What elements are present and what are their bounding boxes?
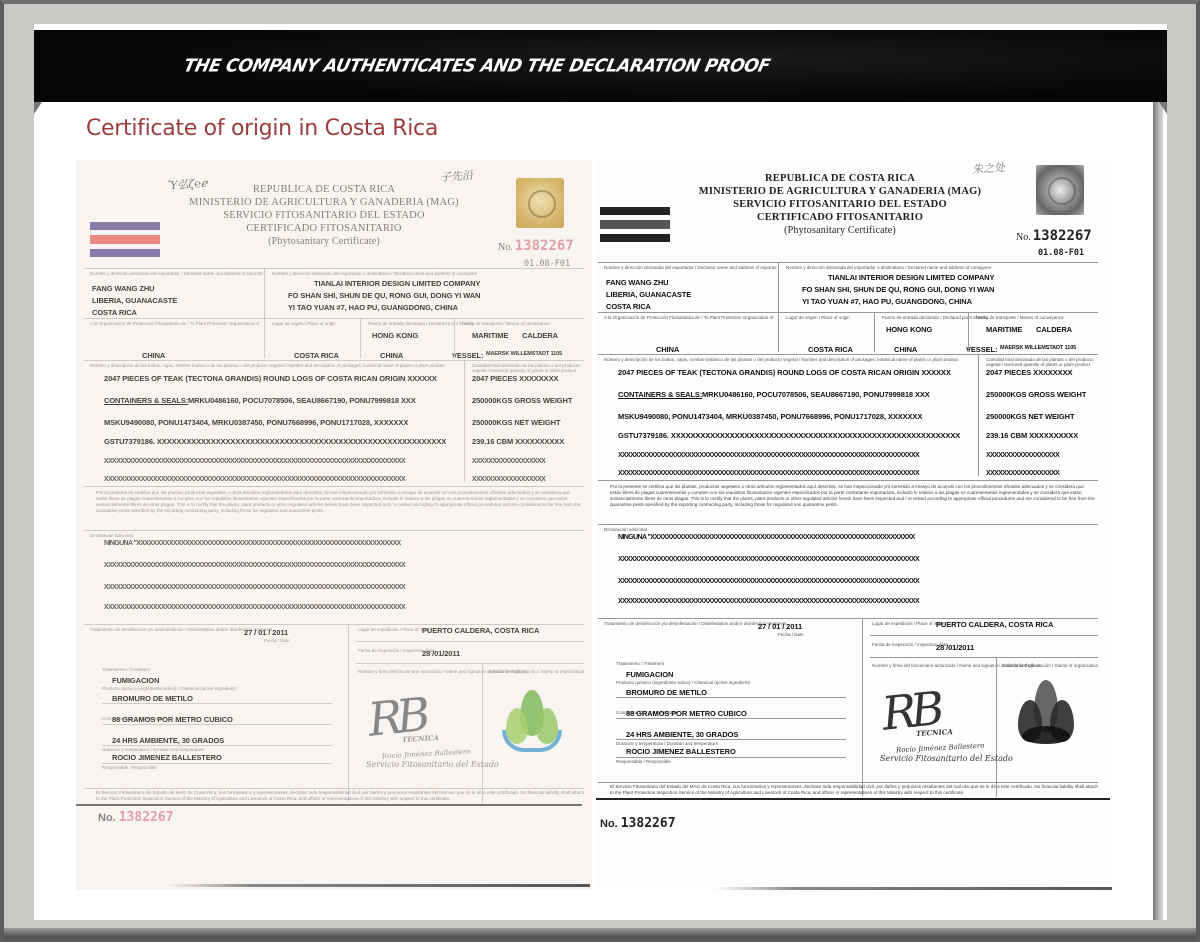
quantity-line: 250000KGS NET WEIGHT [472,418,584,427]
vessel-label: VESSEL: [966,345,997,354]
consignee-name: TIANLAI INTERIOR DESIGN LIMITED COMPANY [828,273,994,282]
signature-caption: TECNICA [402,733,439,744]
rule-line [356,663,584,664]
rule-line [862,618,863,796]
additional-declaration-line: XXXXXXXXXXXXXXXXXXXXXXXXXXXXXXXXXXXXXXXX… [618,578,1074,585]
coat-of-arms-stamp-icon [1036,165,1084,215]
description-line: MSKU9490080, PONU1473404, MRKU0387450, P… [618,412,922,421]
field-label-chemical: Producto químico (ingrediente activo) / … [102,686,236,691]
form-code: 01.08-F01 [1038,248,1084,258]
transport-mode: MARITIME [472,331,508,340]
consignee-address: YI TAO YUAN #7, HAO PU, GUANGDONG, CHINA [288,303,458,312]
quantity-line: 239.16 CBM XXXXXXXXXX [472,437,584,446]
quantity-line: 2047 PIECES XXXXXXXX [986,368,1098,377]
rule-line [264,318,265,358]
disclaimer-text: El Servicio Fitosanitario del Estado del… [96,790,584,804]
consignee-address: YI TAO YUAN #7, HAO PU, GUANGDONG, CHINA [802,297,972,306]
description-line: GSTU7379186. XXXXXXXXXXXXXXXXXXXXXXXXXXX… [104,437,462,446]
field-label-stamp: Sello de la Organización / Stamp of orga… [1002,663,1098,668]
consignee-address: FO SHAN SHI, SHUN DE QU, RONG GUI, DONG … [802,285,994,294]
additional-declaration-line: XXXXXXXXXXXXXXXXXXXXXXXXXXXXXXXXXXXXXXXX… [618,598,1074,605]
place-of-issue: PUERTO CALDERA, COSTA RICA [422,626,539,635]
quantity-line: 239.16 CBM XXXXXXXXXX [986,431,1098,440]
treatment: FUMIGACION [626,670,673,679]
rule-line [102,745,332,746]
number-label: No. [98,812,116,824]
rule-line [454,318,455,358]
costa-rica-flag-icon [600,207,670,247]
rule-line [616,697,846,698]
rule-line [102,724,332,725]
place-of-origin: COSTA RICA [294,351,339,360]
rule-line [778,262,779,312]
rule-line [348,624,349,802]
description-line: XXXXXXXXXXXXXXXXXXXXXXXXXXXXXXXXXXXXXXXX… [618,470,976,477]
port-of-exit: CALDERA [522,331,558,340]
field-label-chemical: Producto químico (ingrediente activo) / … [616,680,750,685]
consignee-address: FO SHAN SHI, SHUN DE QU, RONG GUI, DONG … [288,291,480,300]
additional-declaration-line: XXXXXXXXXXXXXXXXXXXXXXXXXXXXXXXXXXXXXXXX… [104,584,560,591]
description-line: MRKU0486160, POCU7078506, SEAU8667190, P… [702,390,930,399]
quantity-line: XXXXXXXXXXXXXXXXXX [472,476,584,483]
treatment-date: 27 / 01 / 2011 [758,622,802,631]
rule-line [978,354,979,476]
rule-line [84,624,584,625]
sheet-edge-shadow [716,887,1112,890]
bottom-rule [596,798,1110,800]
banner-fold [1159,102,1167,114]
rule-line [616,739,846,740]
quantity-line: XXXXXXXXXXXXXXXXXX [472,458,584,465]
number-value: 1382267 [119,810,174,825]
card-shadow [1153,100,1163,920]
field-label-description: Número y descripción de los bultos, caja… [604,357,974,362]
coat-of-arms-stamp-icon [516,178,564,228]
certificate-number-bottom: No.1382267 [98,810,174,825]
field-label-treatment-type: Tratamiento / Treatment [616,661,664,666]
description-line: MRKU0486160, POCU7078506, SEAU8667190, P… [188,396,416,405]
port-of-exit: CALDERA [1036,325,1072,334]
rule-line [84,318,584,319]
rule-line [84,530,584,531]
rule-line [870,657,1098,658]
seal-leaf-shape [1022,726,1070,744]
treatment: FUMIGACION [112,676,159,685]
field-label-quantity: Cantidad total declarada de las plantas … [472,363,584,373]
rule-line [84,268,584,269]
rule-line [874,312,875,352]
rule-line [598,354,1098,355]
certificate-number: No.1382267 [498,238,574,254]
bottom-rule [76,804,582,806]
exporter-city: LIBERIA, GUANACASTE [606,290,691,299]
quantity-line: 250000KGS NET WEIGHT [986,412,1098,421]
certificate-number-bottom: No.1382267 [600,816,676,831]
field-label-place-of-issue: Lugar de expedición / Place of issue [358,627,430,632]
field-label-entry: Puerto de entrada declarado / Declared p… [882,315,988,320]
field-label-description: Número y descripción de los bultos, caja… [90,363,460,368]
duration: 24 HRS AMBIENTE, 30 GRADOS [626,730,738,739]
field-label-date: Fecha / Date [778,632,804,637]
inspection-date: 28 /01/2011 [936,643,974,652]
field-label-place-of-issue: Lugar de expedición / Place of issue [872,621,944,626]
officer-organization: Servicio Fitosanitario del Estado [366,760,499,769]
responsible-name: ROCIO JIMENEZ BALLESTERO [626,747,736,756]
field-label-responsible: Responsable / Responsible [102,765,157,770]
transport-mode: MARITIME [986,325,1022,334]
rule-line [616,757,846,758]
field-label-nppo: A la Organización de Protección Fitosani… [90,321,259,326]
rule-line [84,360,584,361]
quantity-line: 2047 PIECES XXXXXXXX [472,374,584,383]
inspection-date: 28 /01/2011 [422,649,460,658]
rule-line [84,486,584,487]
issuer-line: MINISTERIO DE AGRICULTURA Y GANADERIA (M… [76,196,582,209]
rule-line [264,268,265,318]
treatment-date: 27 / 01 / 2011 [244,628,288,637]
containers-label: CONTAINERS & SEALS: [104,396,188,405]
field-label-origin: Lugar de origen / Place of origin [272,321,336,326]
issuer-line: SERVICIO FITOSANITARIO DEL ESTADO [76,209,582,222]
rule-line [598,262,1098,263]
costa-rica-flag-icon [90,222,160,262]
description-line: XXXXXXXXXXXXXXXXXXXXXXXXXXXXXXXXXXXXXXXX… [104,458,462,465]
additional-declaration-line: NINGUNA "XXXXXXXXXXXXXXXXXXXXXXXXXXXXXXX… [618,534,1074,541]
number-label: No. [600,818,618,830]
rule-line [598,618,1098,619]
additional-declaration-line: XXXXXXXXXXXXXXXXXXXXXXXXXXXXXXXXXXXXXXXX… [618,556,1074,563]
chemical: BROMURO DE METILO [626,688,707,697]
entry-country: CHINA [894,345,917,354]
officer-name: Rocío Jiménez Ballestero [382,748,471,761]
rule-line [778,312,779,352]
additional-declaration-line: XXXXXXXXXXXXXXXXXXXXXXXXXXXXXXXXXXXXXXXX… [104,562,560,569]
field-label-duration: Duración y temperatura / Duration and te… [616,741,718,746]
organization-seal-icon [1016,680,1076,750]
vessel-label: VESSEL: [452,351,483,360]
nppo-country: CHINA [656,345,679,354]
description-line: MSKU9490080, PONU1473404, MRKU0387450, P… [104,418,408,427]
place-of-issue: PUERTO CALDERA, COSTA RICA [936,620,1053,629]
exporter-city: LIBERIA, GUANACASTE [92,296,177,305]
description-line: XXXXXXXXXXXXXXXXXXXXXXXXXXXXXXXXXXXXXXXX… [618,452,976,459]
issuer-line: SERVICIO FITOSANITARIO DEL ESTADO [596,198,1098,211]
point-of-entry: HONG KONG [372,331,418,340]
exporter-name: FANG WANG ZHU [92,284,154,293]
field-label-consignee: Nombre y dirección declarada del importa… [272,271,477,276]
description-line: 2047 PIECES OF TEAK (TECTONA GRANDIS) RO… [104,374,437,383]
field-label-date: Fecha / Date [264,638,290,643]
officer-organization: Servicio Fitosanitario del Estado [880,754,1013,763]
entry-country: CHINA [380,351,403,360]
rule-line [870,635,1098,636]
rule-line [84,788,584,789]
consignee-name: TIANLAI INTERIOR DESIGN LIMITED COMPANY [314,279,480,288]
rule-line [598,480,1098,481]
field-label-transport: Medio de transporte / Means of conveyanc… [462,321,550,326]
rule-line [598,312,1098,313]
rule-line [356,641,584,642]
description-line: 2047 PIECES OF TEAK (TECTONA GRANDIS) RO… [618,368,951,377]
rule-line [996,657,997,797]
description-line: XXXXXXXXXXXXXXXXXXXXXXXXXXXXXXXXXXXXXXXX… [104,476,462,483]
exporter-name: FANG WANG ZHU [606,278,668,287]
banner-fold [34,102,42,114]
sheet-edge-shadow [166,884,590,887]
vessel-name: MAERSK WILLEMSTADT 1105 [1000,345,1076,351]
field-label-entry: Puerto de entrada declarado / Declared p… [368,321,474,326]
description-line: GSTU7379186. XXXXXXXXXXXXXXXXXXXXXXXXXXX… [618,431,976,440]
field-label-quantity: Cantidad total declarada de las plantas … [986,357,1098,367]
field-label-treatment-type: Tratamiento / Treatment [102,667,150,672]
concentration: 88 GRAMOS POR METRO CUBICO [626,709,747,718]
additional-declaration-line: NINGUNA "XXXXXXXXXXXXXXXXXXXXXXXXXXXXXXX… [104,540,560,547]
containers-label: CONTAINERS & SEALS: [618,390,702,399]
field-label-responsible: Responsable / Responsible [616,759,671,764]
exporter-country: COSTA RICA [92,308,137,317]
disclaimer-text: El Servicio Fitosanitario del Estado del… [610,784,1098,798]
duration: 24 HRS AMBIENTE, 30 GRADOS [112,736,224,745]
certification-text: Por la presente se certifica que las pla… [610,484,1096,520]
page-title: Certificate of origin in Costa Rica [86,116,438,141]
certificate-copy: 朱之处 REPUBLICA DE COSTA RICA MINISTERIO D… [596,160,1112,890]
number-value: 1382267 [621,816,676,831]
certification-text: Por la presente se certifica que las pla… [96,490,582,526]
rule-line [464,360,465,482]
quantity-line: XXXXXXXXXXXXXXXXXX [986,452,1098,459]
rule-line [482,663,483,803]
certificate-original: Ὑ弘ζ℮ℯ 子先沿 REPUBLICA DE COSTA RICA MINIST… [76,160,592,890]
seal-leaf-shape [502,730,562,752]
rule-line [598,782,1098,783]
officer-name: Rocío Jiménez Ballestero [896,742,985,755]
rule-line [616,718,846,719]
field-label-additional: Declaración adicional [604,527,647,532]
issuer-line: MINISTERIO DE AGRICULTURA Y GANADERIA (M… [596,185,1098,198]
signature-caption: TECNICA [916,727,953,738]
field-label-origin: Lugar de origen / Place of origin [786,315,850,320]
field-label-transport: Medio de transporte / Means of conveyanc… [976,315,1064,320]
rule-line [102,763,332,764]
field-label-additional: Declaración adicional [90,533,133,538]
issuer-line: CERTIFICADO FITOSANITARIO [596,211,1098,224]
field-label-exporter: Nombre y dirección declarada del exporta… [90,271,263,276]
additional-declaration-line: XXXXXXXXXXXXXXXXXXXXXXXXXXXXXXXXXXXXXXXX… [104,604,560,611]
quantity-line: 250000KGS GROSS WEIGHT [986,390,1098,399]
concentration: 88 GRAMOS POR METRO CUBICO [112,715,233,724]
point-of-entry: HONG KONG [886,325,932,334]
field-label-stamp: Sello de la Organización / Stamp of orga… [488,669,584,674]
banner-title: THE COMPANY AUTHENTICATES AND THE DECLAR… [182,56,772,77]
vessel-name: MAERSK WILLEMSTADT 1105 [486,351,562,357]
field-label-duration: Duración y temperatura / Duration and te… [102,747,204,752]
exporter-country: COSTA RICA [606,302,651,311]
issuer-line: REPUBLICA DE COSTA RICA [76,183,582,196]
field-label-consignee: Nombre y dirección declarada del importa… [786,265,991,270]
rule-line [360,318,361,358]
field-label-nppo: A la Organización de Protección Fitosani… [604,315,773,320]
field-label-exporter: Nombre y dirección declarada del exporta… [604,265,777,270]
certificate-number: No.1382267 [1016,228,1092,244]
rule-line [598,524,1098,525]
rule-line [102,703,332,704]
issuer-line: REPUBLICA DE COSTA RICA [596,172,1098,185]
responsible-name: ROCIO JIMENEZ BALLESTERO [112,753,222,762]
quantity-line: XXXXXXXXXXXXXXXXXX [986,470,1098,477]
chemical: BROMURO DE METILO [112,694,193,703]
quantity-line: 250000KGS GROSS WEIGHT [472,396,584,405]
nppo-country: CHINA [142,351,165,360]
place-of-origin: COSTA RICA [808,345,853,354]
organization-seal-icon [502,686,562,756]
rule-line [968,312,969,352]
